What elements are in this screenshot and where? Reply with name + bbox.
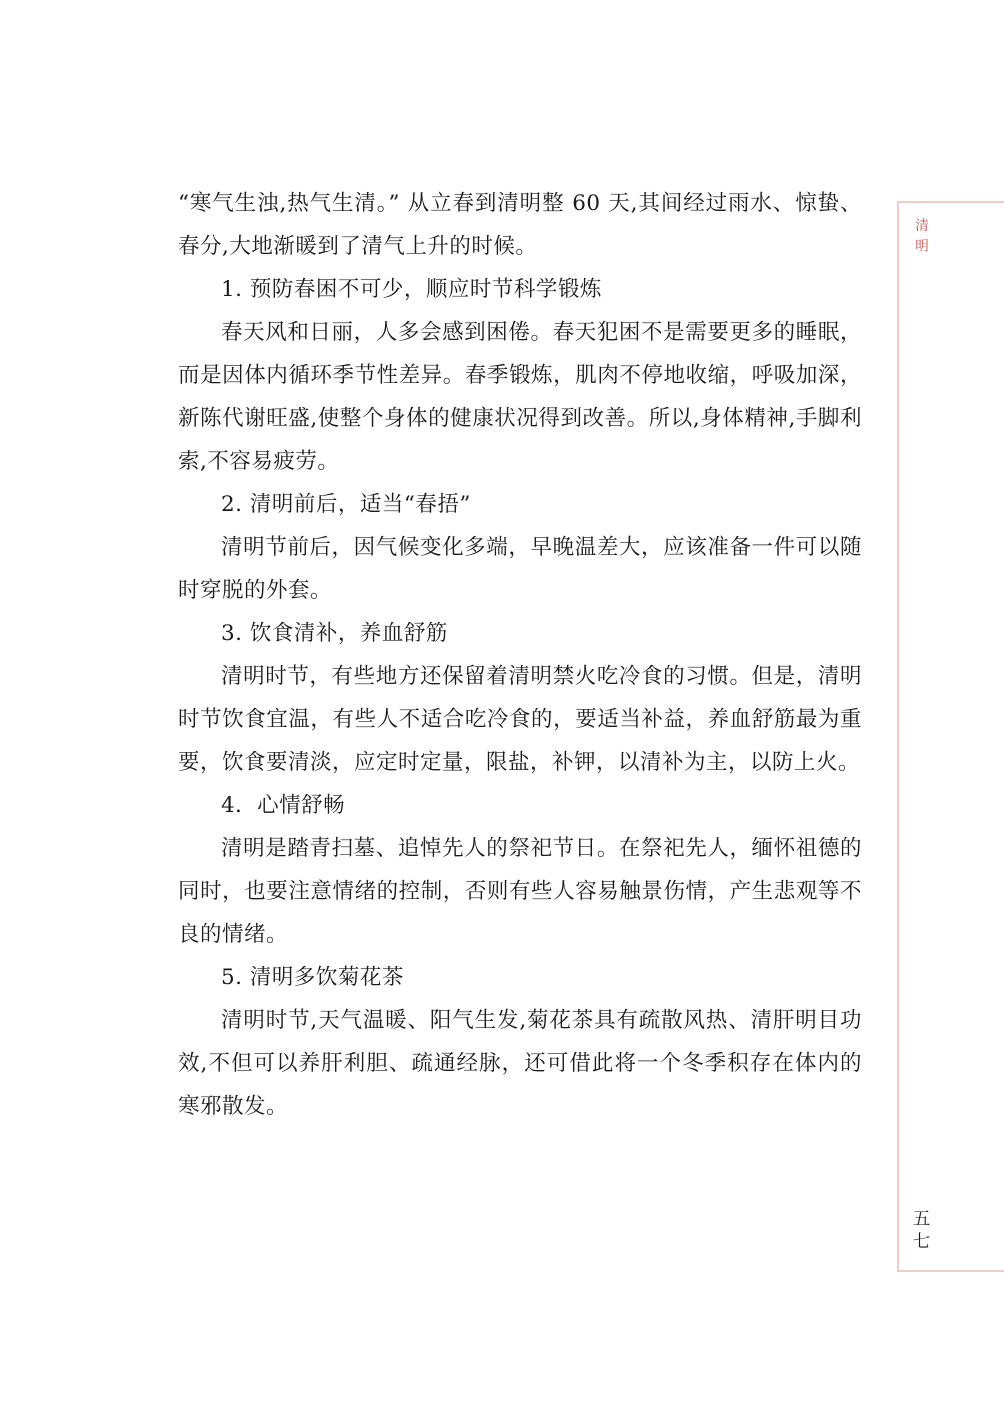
paragraph-2: 清明节前后，因气候变化多端，早晚温差大，应该准备一件可以随时穿脱的外套。 — [178, 526, 862, 612]
paragraph-continuation: “寒气生浊,热气生清。” 从立春到清明整 60 天,其间经过雨水、惊蛰、春分,大… — [178, 182, 862, 268]
paragraph-1: 春天风和日丽，人多会感到困倦。春天犯困不是需要更多的睡眠，而是因体内循环季节性差… — [178, 311, 862, 483]
paragraph-4: 清明是踏青扫墓、追悼先人的祭祀节日。在祭祀先人，缅怀祖德的同时，也要注意情绪的控… — [178, 827, 862, 956]
section-heading-1: 1. 预防春困不可少，顺应时节科学锻炼 — [178, 268, 862, 311]
section-heading-5: 5. 清明多饮菊花茶 — [178, 956, 862, 999]
paragraph-3: 清明时节，有些地方还保留着清明禁火吃冷食的习惯。但是，清明时节饮食宜温，有些人不… — [178, 655, 862, 784]
section-heading-3: 3. 饮食清补，养血舒筋 — [178, 612, 862, 655]
section-heading-4: 4．心情舒畅 — [178, 784, 862, 827]
page-number: 五七 — [910, 1209, 930, 1254]
text-column: “寒气生浊,热气生清。” 从立春到清明整 60 天,其间经过雨水、惊蛰、春分,大… — [178, 182, 862, 1128]
chapter-side-label: 清明 — [912, 218, 928, 259]
margin-border-box — [897, 201, 1004, 1272]
section-heading-2: 2. 清明前后，适当“春捂” — [178, 483, 862, 526]
paragraph-5: 清明时节,天气温暖、阳气生发,菊花茶具有疏散风热、清肝明目功效,不但可以养肝利胆… — [178, 999, 862, 1128]
